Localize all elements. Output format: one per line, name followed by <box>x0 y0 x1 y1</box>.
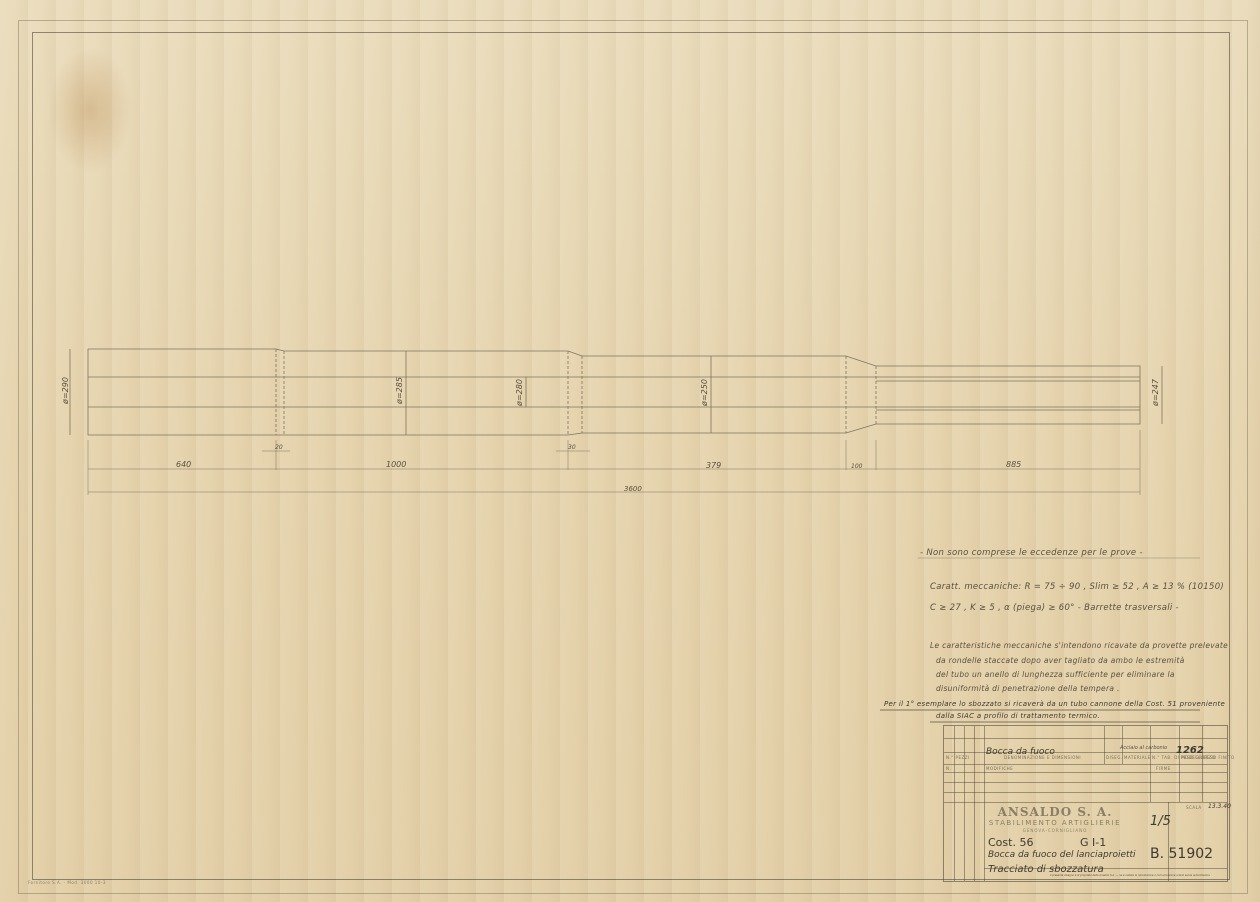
title-item-name: Bocca da fuoco <box>986 747 1055 757</box>
title-cost: Cost. 56 <box>988 836 1033 849</box>
note-para-2: da rondelle staccate dopo aver tagliato … <box>936 656 1185 665</box>
footer-stamp: Fornitore S.A. - Mod. 3000 10-3 <box>28 880 106 885</box>
title-fine-print: Il presente disegno è di proprietà della… <box>1050 874 1210 877</box>
diameter-label-1: ø=290 <box>61 377 70 404</box>
note-first-sample-2: dalla SIAC a profilo di trattamento term… <box>936 712 1100 720</box>
scale-label: SCALA <box>1186 805 1202 810</box>
col-header-drawing: DISEG. <box>1106 755 1123 760</box>
drawing-number: B. 51902 <box>1150 846 1213 862</box>
dim-seg2: 1000 <box>386 460 406 469</box>
company-division: STABILIMENTO ARTIGLIERIE <box>985 819 1125 827</box>
col-header-pieces: N.° PEZZI <box>946 755 970 760</box>
note-para-4: disuniformità di penetrazione della temp… <box>936 684 1120 693</box>
col-header-material: MATERIALE <box>1124 755 1151 760</box>
title-line-1: Bocca da fuoco del lanciaproietti <box>988 850 1136 860</box>
dim-seg4: 885 <box>1006 460 1021 469</box>
rev-header-n: N. <box>946 766 951 771</box>
note-first-sample-1: Per il 1° esemplare lo sbozzato si ricav… <box>884 700 1225 708</box>
rev-header-signatures: FIRME <box>1156 766 1171 771</box>
company-location: GENOVA-CORNIGLIANO <box>985 828 1125 833</box>
note-mech-1: Caratt. meccaniche: R = 75 ÷ 90 , Slim ≥… <box>930 582 1224 592</box>
note-para-1: Le caratteristiche meccaniche s'intendon… <box>930 641 1228 650</box>
dim-step1: 20 <box>275 444 283 451</box>
diameter-label-3: ø=280 <box>515 379 524 406</box>
title-material: Acciaio al carbonio <box>1120 745 1167 751</box>
title-scale: 1/5 <box>1150 814 1171 829</box>
diameter-label-5: ø=247 <box>1151 379 1160 406</box>
dim-taper: 100 <box>851 463 862 470</box>
note-para-3: del tubo un anello di lunghezza sufficie… <box>936 670 1175 679</box>
dim-step2: 30 <box>568 444 576 451</box>
diameter-label-2: ø=285 <box>395 377 404 404</box>
diameter-label-4: ø=250 <box>700 379 709 406</box>
note-excess: - Non sono comprese le eccedenze per le … <box>920 548 1143 558</box>
note-mech-2: C ≥ 27 , K ≥ 5 , α (piega) ≥ 60° - Barre… <box>930 603 1179 613</box>
title-weight: 1262 <box>1176 745 1204 756</box>
company-name: ANSALDO S. A. <box>985 805 1125 819</box>
rev-header-changes: MODIFICHE <box>986 766 1013 771</box>
col-header-finished-weight: PESO FINITO <box>1204 755 1235 760</box>
dim-seg3: 379 <box>706 461 721 470</box>
dim-total: 3600 <box>624 485 642 493</box>
dim-seg1: 640 <box>176 460 191 469</box>
title-date: 13.3.40 <box>1208 803 1231 810</box>
title-group: G I-1 <box>1080 836 1106 849</box>
